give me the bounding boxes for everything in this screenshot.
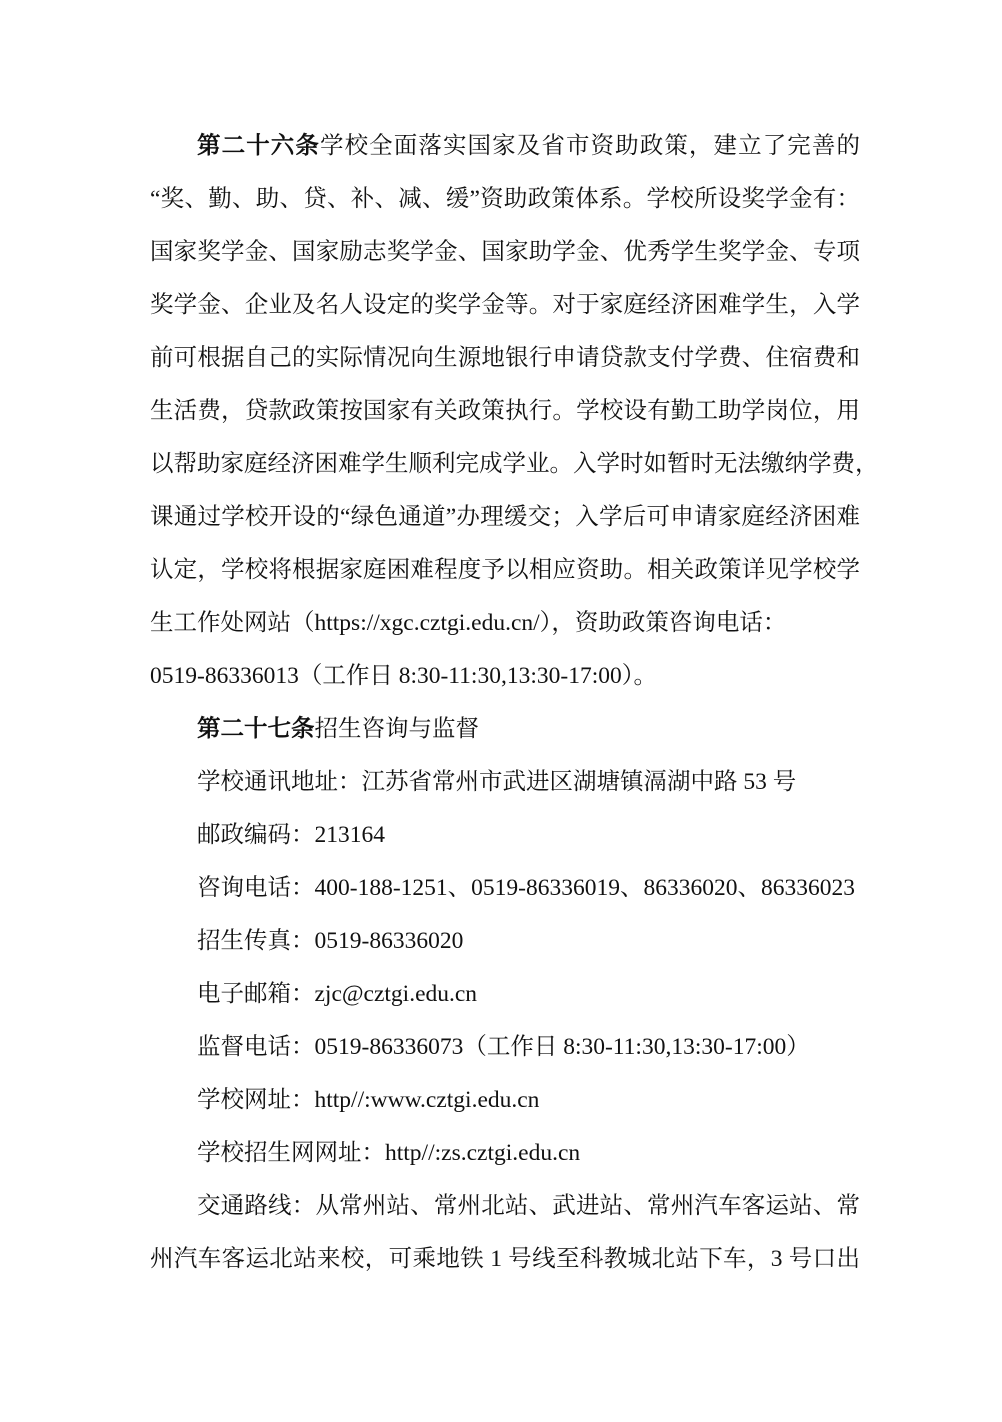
contact-value: 400-188-1251、0519-86336019、86336020、8633… — [315, 875, 855, 901]
contact-email: 电子邮箱：zjc@cztgi.edu.cn — [150, 968, 860, 1021]
contact-value: 0519-86336020 — [315, 928, 464, 954]
paragraph-text: 学校全面落实国家及省市资助政策，建立了完善的 — [320, 133, 860, 159]
paragraph-line: “奖、勤、助、贷、补、减、缓”资助政策体系。学校所设奖学金有： — [150, 173, 860, 226]
contact-value: http//:www.cztgi.edu.cn — [315, 1087, 540, 1113]
article-26-first-line: 第二十六条学校全面落实国家及省市资助政策，建立了完善的 — [150, 120, 860, 173]
paragraph-line: 以帮助家庭经济困难学生顺利完成学业。入学时如暂时无法缴纳学费， — [150, 438, 860, 491]
contact-label: 咨询电话： — [197, 875, 315, 901]
contact-address: 学校通讯地址：江苏省常州市武进区湖塘镇滆湖中路 53 号 — [150, 756, 860, 809]
transport-first-line: 交通路线：从常州站、常州北站、武进站、常州汽车客运站、常 — [150, 1180, 860, 1233]
contact-value: http//:zs.cztgi.edu.cn — [385, 1140, 580, 1166]
paragraph-line: 奖学金、企业及名人设定的奖学金等。对于家庭经济困难学生，入学 — [150, 279, 860, 332]
article-27-heading-line: 第二十七条招生咨询与监督 — [150, 703, 860, 756]
contact-phone: 咨询电话：400-188-1251、0519-86336019、86336020… — [150, 862, 860, 915]
contact-value: zjc@cztgi.edu.cn — [315, 981, 478, 1007]
contact-label: 学校通讯地址： — [197, 769, 362, 795]
paragraph-line: 0519-86336013（工作日 8:30-11:30,13:30-17:00… — [150, 650, 860, 703]
contact-value: 0519-86336073（工作日 8:30-11:30,13:30-17:00… — [315, 1034, 810, 1060]
paragraph-line: 认定，学校将根据家庭困难程度予以相应资助。相关政策详见学校学 — [150, 544, 860, 597]
paragraph-line: 生工作处网站（https://xgc.cztgi.edu.cn/），资助政策咨询… — [150, 597, 860, 650]
contact-label: 学校网址： — [197, 1087, 315, 1113]
transport-line: 州汽车客运北站来校，可乘地铁 1 号线至科教城北站下车，3 号口出 — [150, 1233, 860, 1286]
contact-postcode: 邮政编码：213164 — [150, 809, 860, 862]
contact-label: 招生传真： — [197, 928, 315, 954]
article-27-heading: 第二十七条 — [197, 716, 315, 742]
contact-label: 邮政编码： — [197, 822, 315, 848]
contact-value: 213164 — [315, 822, 386, 848]
transport-label: 交通路线： — [197, 1193, 315, 1219]
paragraph-line: 课通过学校开设的“绿色通道”办理缓交；入学后可申请家庭经济困难 — [150, 491, 860, 544]
contact-value: 江苏省常州市武进区湖塘镇滆湖中路 53 号 — [362, 769, 797, 795]
paragraph-line: 前可根据自己的实际情况向生源地银行申请贷款支付学费、住宿费和 — [150, 332, 860, 385]
contact-supervision-phone: 监督电话：0519-86336073（工作日 8:30-11:30,13:30-… — [150, 1021, 860, 1074]
contact-school-website: 学校网址：http//:www.cztgi.edu.cn — [150, 1074, 860, 1127]
article-26-heading: 第二十六条 — [197, 133, 320, 159]
contact-label: 电子邮箱： — [197, 981, 315, 1007]
transport-text: 从常州站、常州北站、武进站、常州汽车客运站、常 — [315, 1193, 860, 1219]
contact-admissions-website: 学校招生网网址：http//:zs.cztgi.edu.cn — [150, 1127, 860, 1180]
contact-label: 学校招生网网址： — [197, 1140, 385, 1166]
paragraph-line: 国家奖学金、国家励志奖学金、国家助学金、优秀学生奖学金、专项 — [150, 226, 860, 279]
article-27-title: 招生咨询与监督 — [315, 716, 480, 742]
contact-fax: 招生传真：0519-86336020 — [150, 915, 860, 968]
document-page: 第二十六条学校全面落实国家及省市资助政策，建立了完善的 “奖、勤、助、贷、补、减… — [150, 120, 860, 1286]
contact-label: 监督电话： — [197, 1034, 315, 1060]
paragraph-line: 生活费，贷款政策按国家有关政策执行。学校设有勤工助学岗位，用 — [150, 385, 860, 438]
